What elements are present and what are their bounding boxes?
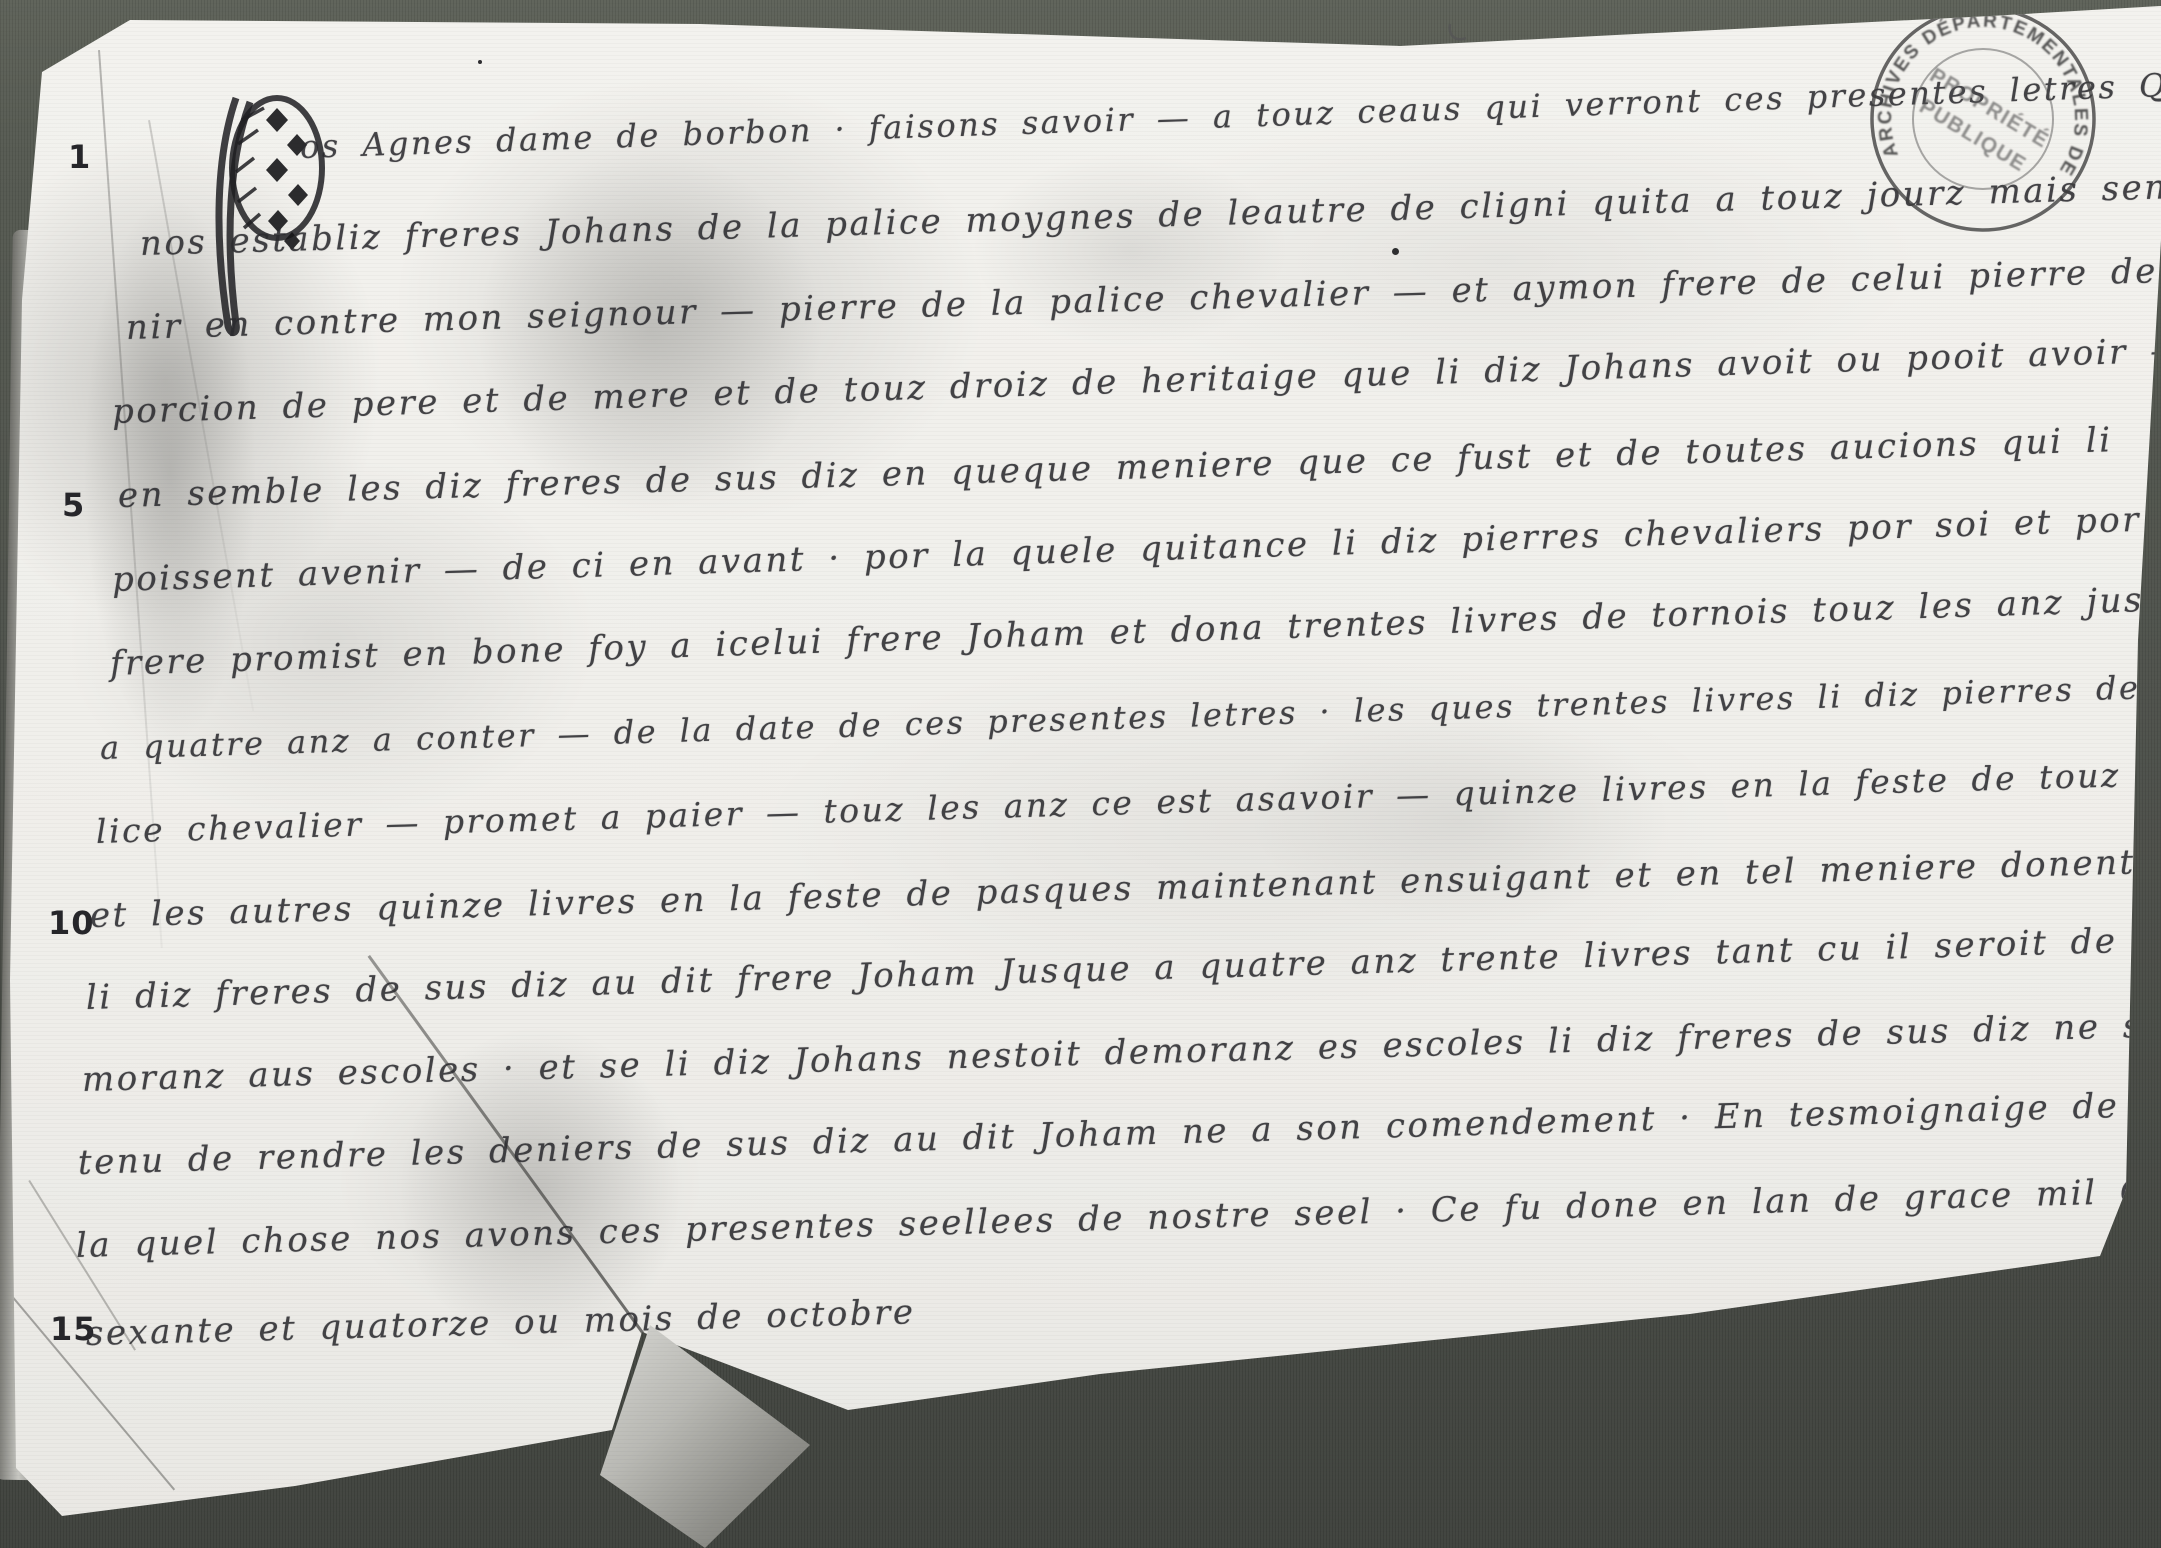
archive-stamp: ARCHIVES DÉPARTEMENTALES DE PROPRIÉTÉ PU… [1812, 0, 2153, 290]
manuscript-line: nir en contre mon seignour — pierre de l… [125, 246, 2161, 350]
manuscript-line: tenu de rendre les deniers de sus diz au… [77, 1084, 2120, 1185]
manuscript-line: li diz freres de sus diz au dit frere Jo… [85, 919, 2118, 1020]
stain [920, 120, 1340, 380]
dust-speck [478, 60, 482, 64]
manuscript-line: et les autres quinze livres en la feste … [89, 840, 2136, 938]
margin-line-number: 10 [48, 906, 95, 940]
parchment: 1 5 10 15 os Agnes dame de borbon · fais… [0, 0, 2161, 1548]
manuscript-line: en semble les diz freres de sus diz en q… [117, 418, 2113, 518]
margin-line-number: 5 [62, 488, 85, 522]
manuscript-line: frere promist en bone foy a icelui frere… [109, 577, 2161, 686]
dust-speck [1392, 248, 1399, 255]
manuscript-line: porcion de pere et de mere et de touz dr… [111, 328, 2161, 434]
margin-line-number: 1 [68, 140, 91, 174]
manuscript-line: moranz aus escoles · et se li diz Johans… [81, 1002, 2161, 1102]
manuscript-photo: 1 5 10 15 os Agnes dame de borbon · fais… [0, 0, 2161, 1548]
manuscript-line: a quatre anz a conter — de la date de ce… [99, 662, 2161, 770]
manuscript-line: la quel chose nos avons ces presentes se… [75, 1167, 2161, 1268]
hair-mark [1446, 20, 1476, 46]
manuscript-line: sexante et quatorze ou mois de octobre [85, 1290, 916, 1356]
manuscript-line: lice chevalier — promet a paier — touz l… [95, 748, 2161, 854]
manuscript-line: poissent avenir — de ci en avant · por l… [111, 495, 2161, 602]
